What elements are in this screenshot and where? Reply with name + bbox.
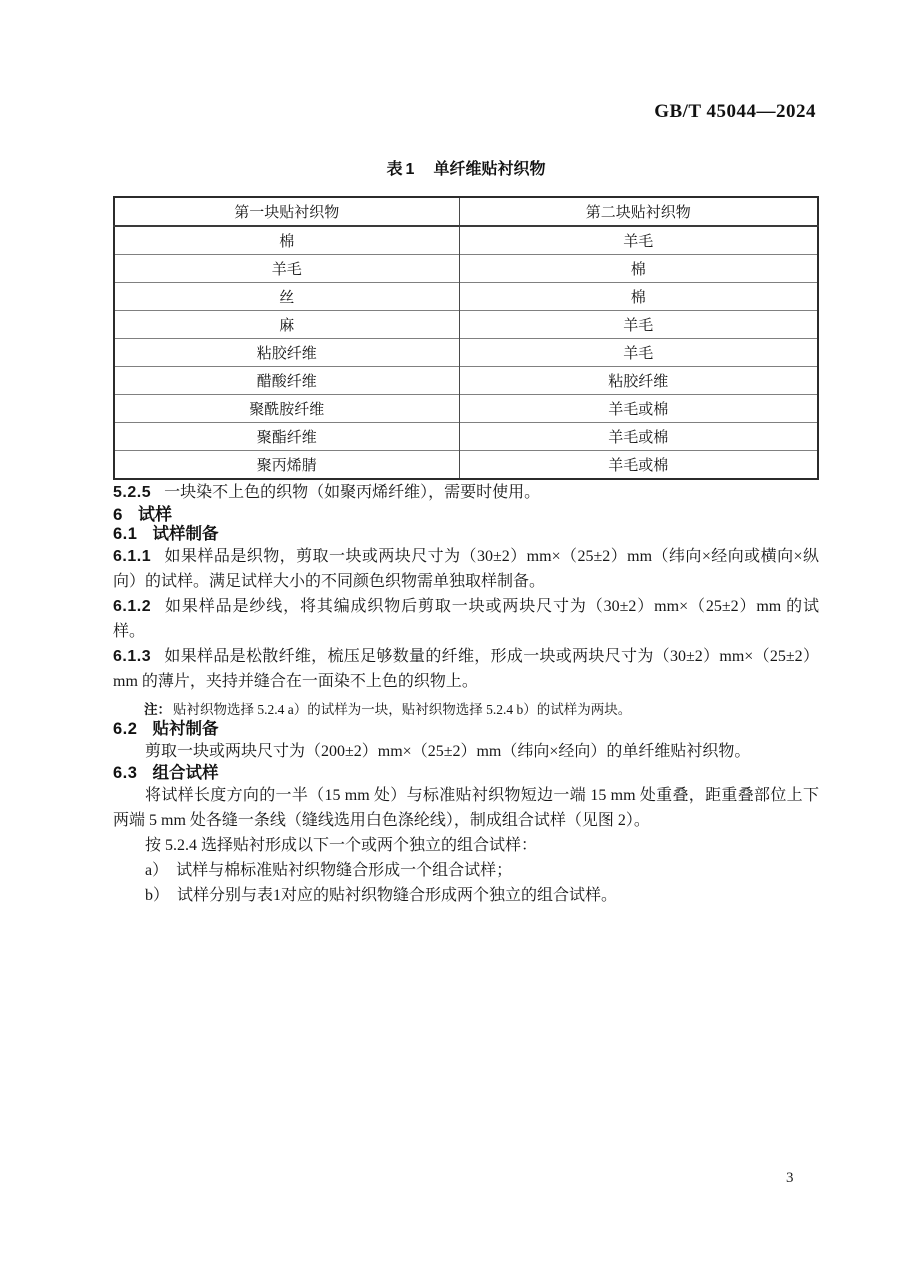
page-content: 表1单纤维贴衬织物 第一块贴衬织物 第二块贴衬织物 棉羊毛 羊毛棉 丝棉 麻羊毛… (113, 0, 819, 908)
table-cell: 羊毛 (459, 226, 818, 255)
section-number: 6.1 (113, 525, 137, 543)
lining-fabric-table: 第一块贴衬织物 第二块贴衬织物 棉羊毛 羊毛棉 丝棉 麻羊毛 粘胶纤维羊毛 醋酸… (113, 196, 819, 480)
clause-6-1-1: 6.1.1如果样品是织物，剪取一块或两块尺寸为（30±2）mm×（25±2）mm… (113, 544, 819, 594)
page-number: 3 (786, 1170, 794, 1187)
note-label: 注： (144, 702, 171, 717)
table-row: 麻羊毛 (114, 311, 818, 339)
table-cell: 羊毛 (459, 311, 818, 339)
clause-5-2-5: 5.2.5一块染不上色的织物（如聚丙烯纤维），需要时使用。 (113, 480, 819, 505)
table-row: 羊毛棉 (114, 255, 818, 283)
table-cell: 棉 (459, 255, 818, 283)
table-cell: 聚酯纤维 (114, 423, 459, 451)
section-title: 试样制备 (152, 525, 218, 543)
clause-6-3-list-intro: 按 5.2.4 选择贴衬形成以下一个或两个独立的组合试样： (113, 833, 819, 858)
table-cell: 羊毛或棉 (459, 395, 818, 423)
table-cell: 聚丙烯腈 (114, 451, 459, 480)
table-row: 聚丙烯腈羊毛或棉 (114, 451, 818, 480)
clause-number: 6.1.2 (113, 598, 151, 615)
table-header-col2: 第二块贴衬织物 (459, 197, 818, 226)
section-title: 贴衬制备 (152, 720, 218, 738)
table-header-col1: 第一块贴衬织物 (114, 197, 459, 226)
table-cell: 棉 (459, 283, 818, 311)
section-number: 6.2 (113, 720, 137, 738)
clause-6-3-text: 将试样长度方向的一半（15 mm 处）与标准贴衬织物短边一端 15 mm 处重叠… (113, 783, 819, 833)
clause-6-1-2: 6.1.2如果样品是纱线，将其编成织物后剪取一块或两块尺寸为（30±2）mm×（… (113, 594, 819, 644)
section-title: 组合试样 (152, 764, 218, 782)
clause-number: 5.2.5 (113, 484, 151, 501)
table-row: 棉羊毛 (114, 226, 818, 255)
table-cell: 羊毛或棉 (459, 451, 818, 480)
section-title: 试样 (138, 505, 172, 524)
table-cell: 醋酸纤维 (114, 367, 459, 395)
table-row: 聚酰胺纤维羊毛或棉 (114, 395, 818, 423)
clause-6-2-text: 剪取一块或两块尺寸为（200±2）mm×（25±2）mm（纬向×经向）的单纤维贴… (113, 739, 819, 764)
clause-text: 如果样品是松散纤维，梳压足够数量的纤维，形成一块或两块尺寸为（30±2）mm×（… (113, 648, 819, 690)
table-caption-title: 单纤维贴衬织物 (433, 161, 545, 178)
section-6-1-heading: 6.1试样制备 (113, 525, 819, 544)
list-item-b: b） 试样分别与表1对应的贴衬织物缝合形成两个独立的组合试样。 (113, 883, 819, 908)
table-row: 粘胶纤维羊毛 (114, 339, 818, 367)
table-row: 聚酯纤维羊毛或棉 (114, 423, 818, 451)
table-cell: 丝 (114, 283, 459, 311)
table-row: 醋酸纤维粘胶纤维 (114, 367, 818, 395)
section-6-3-heading: 6.3组合试样 (113, 764, 819, 783)
clause-number: 6.1.1 (113, 548, 151, 565)
section-number: 6.3 (113, 764, 137, 782)
table-cell: 羊毛 (114, 255, 459, 283)
table-cell: 羊毛 (459, 339, 818, 367)
table-caption: 表1单纤维贴衬织物 (113, 161, 819, 179)
section-6-2-heading: 6.2贴衬制备 (113, 720, 819, 739)
table-caption-label: 表1 (387, 161, 418, 178)
clause-text: 如果样品是织物，剪取一块或两块尺寸为（30±2）mm×（25±2）mm（纬向×经… (113, 548, 819, 590)
table-cell: 粘胶纤维 (114, 339, 459, 367)
note-text: 贴衬织物选择 5.2.4 a）的试样为一块，贴衬织物选择 5.2.4 b）的试样… (173, 702, 631, 717)
table-cell: 聚酰胺纤维 (114, 395, 459, 423)
list-item-a: a） 试样与棉标准贴衬织物缝合形成一个组合试样； (113, 858, 819, 883)
table-cell: 羊毛或棉 (459, 423, 818, 451)
table-cell: 棉 (114, 226, 459, 255)
table-row: 丝棉 (114, 283, 818, 311)
document-page: GB/T 45044—2024 表1单纤维贴衬织物 第一块贴衬织物 第二块贴衬织… (0, 0, 900, 1273)
clause-number: 6.1.3 (113, 648, 151, 665)
clause-note: 注：贴衬织物选择 5.2.4 a）的试样为一块，贴衬织物选择 5.2.4 b）的… (113, 699, 819, 720)
section-number: 6 (113, 505, 123, 524)
clause-text: 如果样品是纱线，将其编成织物后剪取一块或两块尺寸为（30±2）mm×（25±2）… (113, 598, 819, 640)
clause-6-1-3: 6.1.3如果样品是松散纤维，梳压足够数量的纤维，形成一块或两块尺寸为（30±2… (113, 644, 819, 694)
table-cell: 麻 (114, 311, 459, 339)
table-cell: 粘胶纤维 (459, 367, 818, 395)
section-6-heading: 6试样 (113, 505, 819, 525)
table-header-row: 第一块贴衬织物 第二块贴衬织物 (114, 197, 818, 226)
clause-text: 一块染不上色的织物（如聚丙烯纤维），需要时使用。 (164, 484, 540, 501)
